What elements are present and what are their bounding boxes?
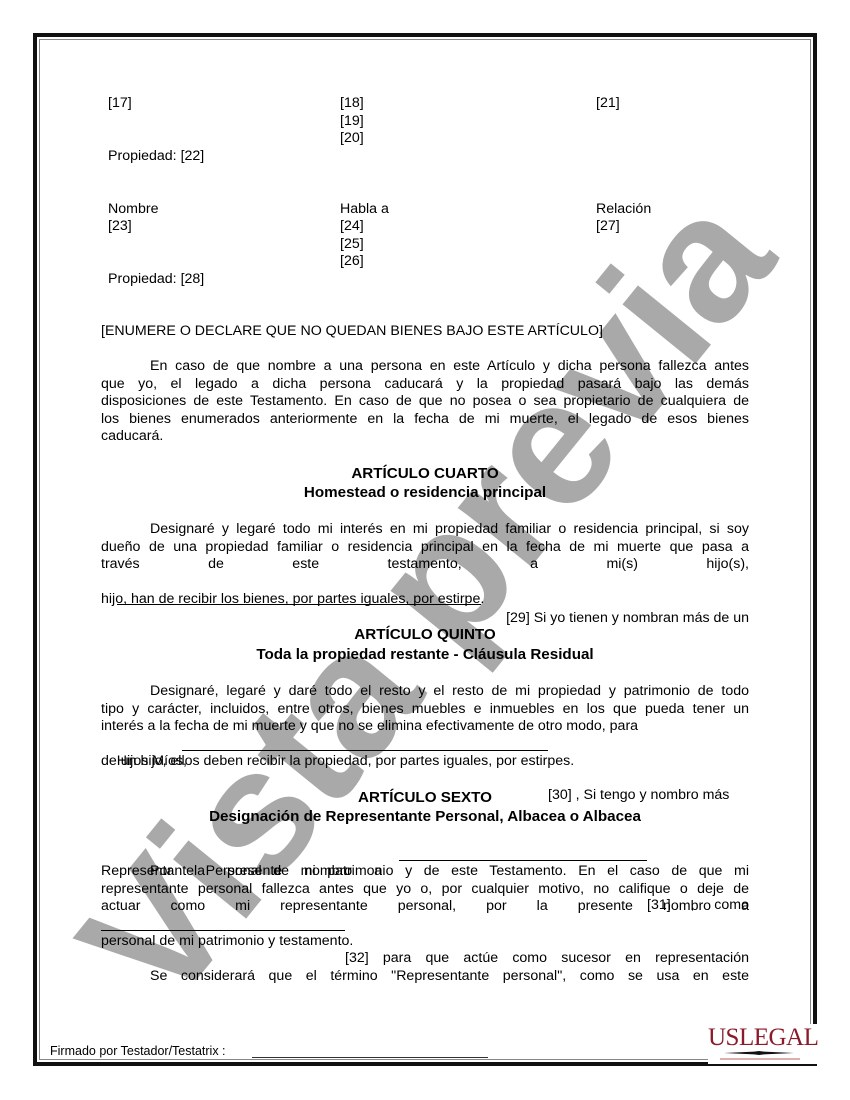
logo-text: USLEGAL: [708, 1024, 818, 1052]
article6-subtitle: Designación de Representante Personal, A…: [101, 808, 749, 826]
table2-col3-cell: [27]: [596, 218, 620, 235]
paragraph-line: Se considerará que el término "Represent…: [150, 968, 749, 985]
paragraph-line: Designaré y legaré todo mi interés en mi…: [150, 521, 749, 538]
paragraph-line: personal de mi patrimonio y testamento.: [101, 933, 353, 950]
table1-col3-cell: [21]: [596, 95, 620, 112]
table2-header-relation: Relación: [596, 201, 651, 218]
article6-title: ARTÍCULO SEXTO: [101, 789, 749, 807]
blank-29-suffix: [29] Si yo tienen y nombran más de un: [506, 610, 749, 627]
paragraph-line: caducará.: [101, 428, 163, 445]
table2-col2-cell: [26]: [340, 253, 364, 270]
paragraph-line: través de este testamento, a mi(s) hijo(…: [101, 556, 749, 573]
fill-blank-32[interactable]: [101, 917, 345, 931]
table1-col2-cell: [18]: [340, 95, 364, 112]
blank-32-suffix: [32] para que actúe como sucesor en repr…: [345, 950, 749, 967]
article4-title: ARTÍCULO CUARTO: [101, 465, 749, 483]
table2-col1-cell: [23]: [108, 218, 132, 235]
article4-subtitle: Homestead o residencia principal: [101, 484, 749, 502]
paragraph-line: disposiciones de este Testamento. En cas…: [101, 393, 749, 410]
paragraph-line: dueño de una propiedad familiar o reside…: [101, 539, 749, 556]
fill-blank-31[interactable]: [399, 847, 647, 861]
article5-title: ARTÍCULO QUINTO: [101, 626, 749, 644]
paragraph-line: Designaré, legaré y daré todo el resto y…: [150, 683, 749, 700]
paragraph-line: de un hijo, ellos deben recibir la propi…: [101, 753, 574, 770]
eagle-wing-icon: [724, 1051, 794, 1055]
table1-col2-cell: [19]: [340, 113, 364, 130]
table2-header-name: Nombre: [108, 201, 158, 218]
logo-tagline: [720, 1058, 800, 1060]
paragraph-line: los bienes enumerados anteriormente en l…: [101, 411, 749, 428]
table2-col2-cell: [24]: [340, 218, 364, 235]
table2-header-speaks-to: Habla a: [340, 201, 389, 218]
table2-col2-cell: [25]: [340, 236, 364, 253]
signature-label: Firmado por Testador/Testatrix :: [50, 1044, 226, 1058]
paragraph-line: Representante Personal de mi patrimonio …: [101, 863, 749, 880]
table1-col2-cell: [20]: [340, 130, 364, 147]
paragraph-line: tipo y carácter, incluidos, entre otros,…: [101, 701, 749, 718]
document-page: [17] [18] [19] [20] [21] Propiedad: [22]…: [0, 0, 850, 1100]
paragraph-line: que yo, el legado a dicha persona caduca…: [101, 376, 749, 393]
paragraph-line: En caso de que nombre a una persona en e…: [150, 358, 749, 375]
uslegal-logo: USLEGAL: [708, 1024, 820, 1064]
table1-col1-cell: [17]: [108, 95, 132, 112]
signature-line[interactable]: [252, 1057, 488, 1058]
paragraph-line: interés a la fecha de mi muerte y que no…: [101, 718, 638, 735]
fill-blank-30[interactable]: [182, 737, 548, 751]
table1-property: Propiedad: [22]: [108, 148, 204, 165]
paragraph-line: actuar como mi representante personal, p…: [101, 898, 749, 915]
paragraph-line: representante personal fallezca antes qu…: [101, 881, 749, 898]
paragraph-line: hijo, han de recibir los bienes, por par…: [101, 591, 484, 608]
table2-property: Propiedad: [28]: [108, 271, 204, 288]
article5-subtitle: Toda la propiedad restante - Cláusula Re…: [101, 646, 749, 664]
instruction-text: [ENUMERE O DECLARE QUE NO QUEDAN BIENES …: [101, 323, 603, 340]
